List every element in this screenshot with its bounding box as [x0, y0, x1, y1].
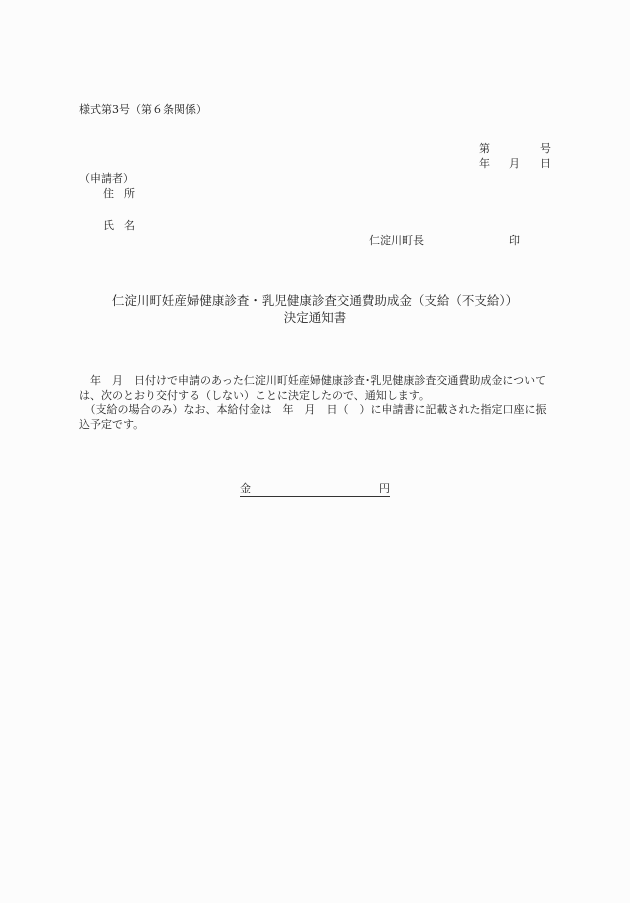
notice-paragraph-decision: 年 月 日付けで申請のあった仁淀川町妊産婦健康診査･乳児健康診査交通費助成金につ…: [79, 374, 554, 403]
notice-paragraph-payment: （支給の場合のみ）なお、本給付金は 年 月 日（ ）に申請書に記載された指定口座…: [79, 403, 554, 432]
form-number: 様式第3号（第６条関係）: [79, 103, 207, 116]
date-month: 月: [509, 157, 520, 170]
address-label: 住所: [103, 187, 145, 200]
date-day: 日: [540, 157, 551, 170]
issuer-title: 仁淀川町長: [369, 234, 424, 247]
amount-suffix: 円: [379, 482, 390, 496]
document-number-suffix: 号: [540, 142, 551, 155]
applicant-heading: （申請者）: [79, 172, 134, 185]
seal-mark: 印: [509, 234, 520, 247]
notice-body: 年 月 日付けで申請のあった仁淀川町妊産婦健康診査･乳児健康診査交通費助成金につ…: [79, 374, 554, 432]
document-title: 仁淀川町妊産婦健康診査・乳児健康診査交通費助成金（支給（不支給））: [0, 293, 630, 309]
name-label: 氏名: [103, 219, 145, 232]
amount-prefix: 金: [240, 482, 251, 496]
amount-line: 金 円: [240, 482, 390, 497]
document-number-label: 第: [479, 142, 490, 155]
document-subtitle: 決定通知書: [0, 310, 630, 326]
date-year: 年: [479, 157, 490, 170]
